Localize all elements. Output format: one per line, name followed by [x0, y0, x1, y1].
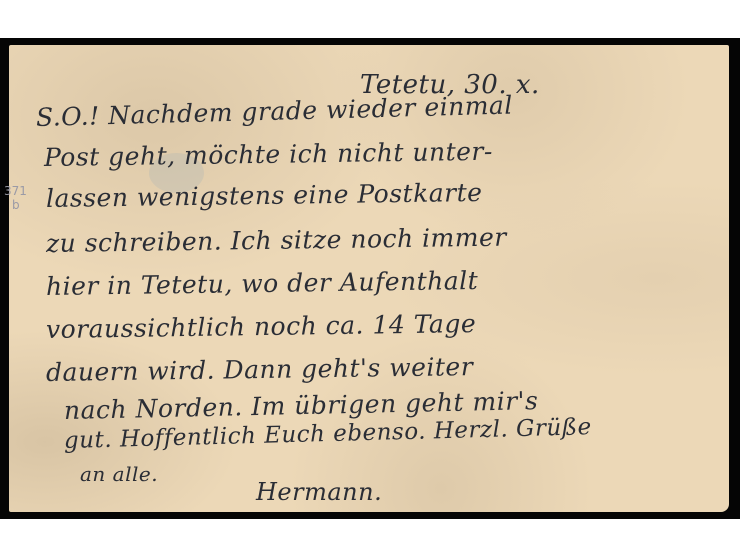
text-line-6: voraussichtlich noch ca. 14 Tage: [46, 309, 477, 344]
signature: Hermann.: [256, 478, 382, 506]
text-line-7: dauern wird. Dann geht's weiter: [46, 352, 474, 387]
text-line-3: lassen wenigstens eine Postkarte: [46, 178, 483, 213]
archive-number: 371: [4, 184, 27, 198]
archive-letter: b: [4, 198, 27, 212]
text-line-5: hier in Tetetu, wo der Aufenthalt: [46, 266, 479, 301]
text-line-10: an alle.: [80, 462, 158, 486]
archive-mark: 371 b: [4, 184, 27, 212]
